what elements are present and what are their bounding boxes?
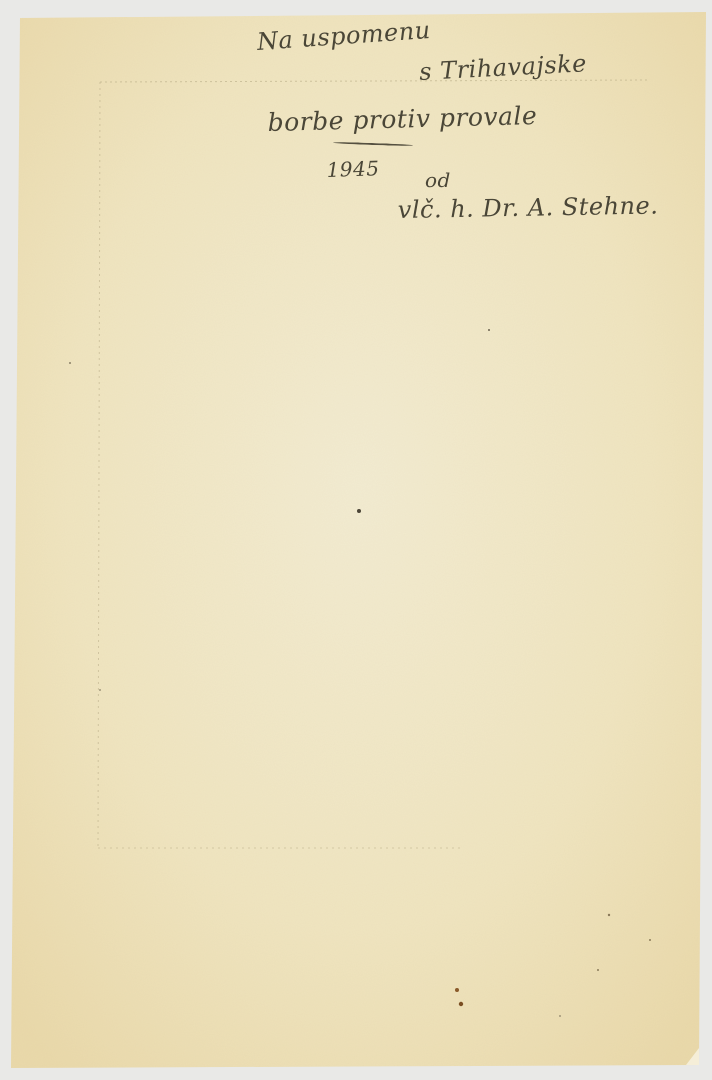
paper-sheet-graphic	[0, 0, 712, 1080]
paper-sheet	[0, 0, 712, 1080]
